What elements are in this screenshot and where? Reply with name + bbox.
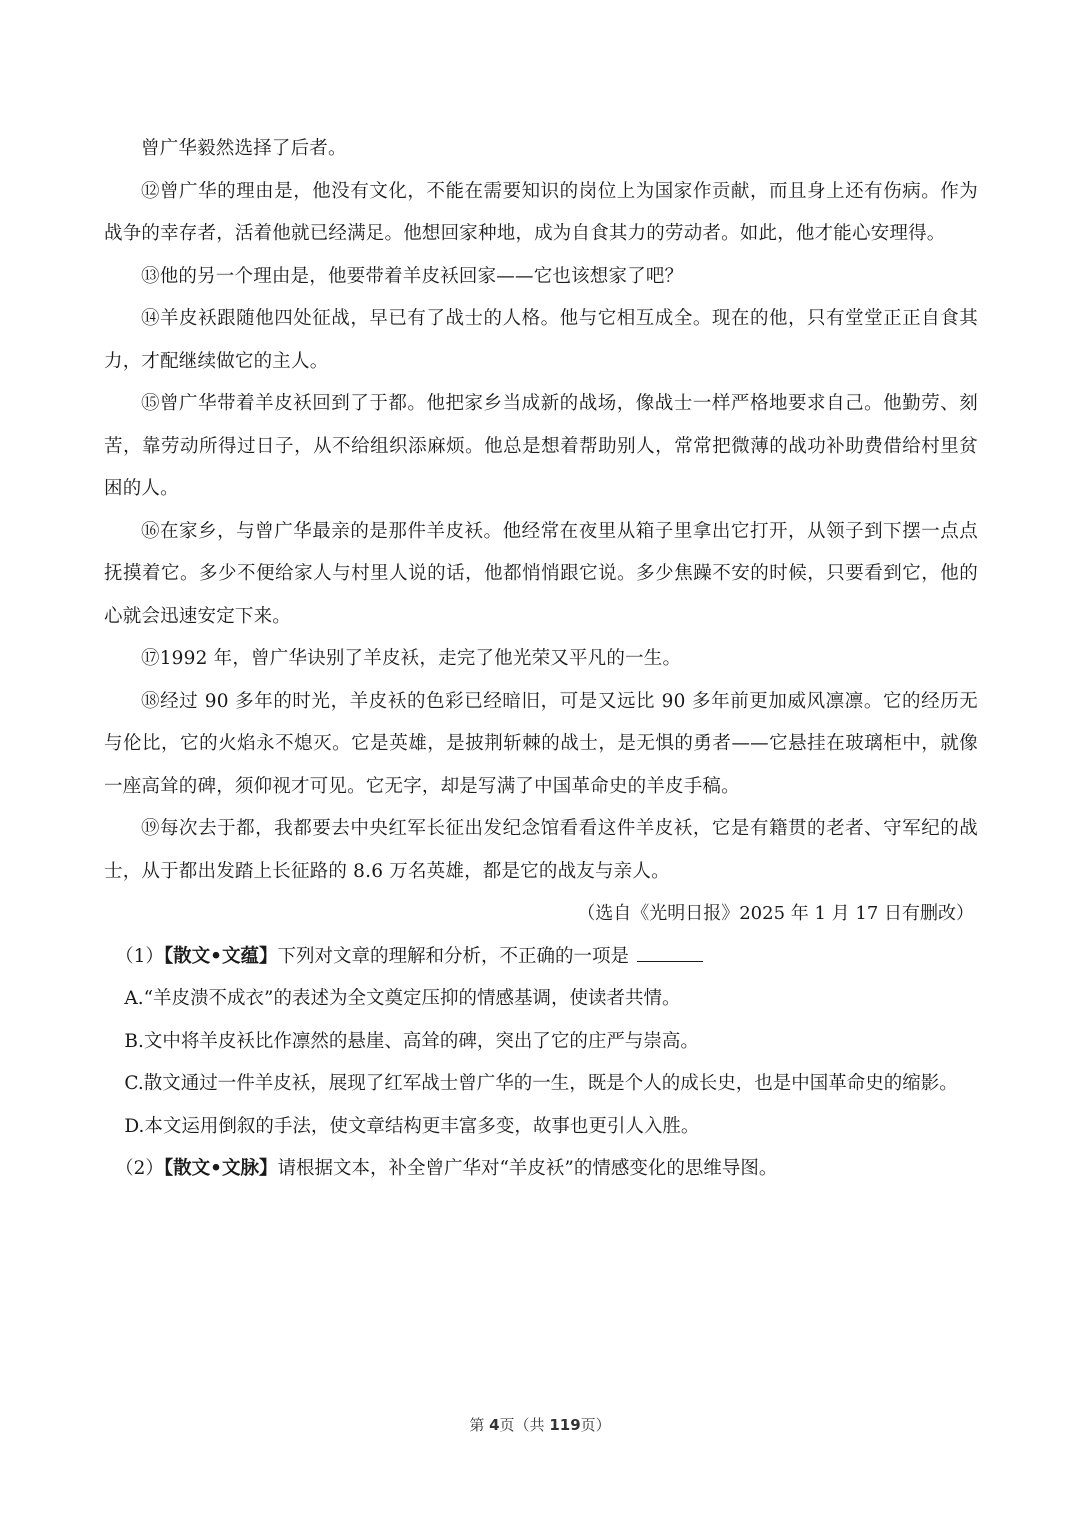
paragraph-15: ⑮曾广华带着羊皮袄回到了于都。他把家乡当成新的战场，像战士一样严格地要求自己。他… bbox=[104, 383, 978, 511]
option-a-text: “羊皮溃不成衣”的表述为全文奠定压抑的情感基调，使读者共情。 bbox=[144, 988, 681, 1009]
footer-total-pages: 119 bbox=[549, 1416, 580, 1434]
footer-page-number: 4 bbox=[489, 1416, 499, 1434]
option-b-text: 文中将羊皮袄比作凛然的悬崖、高耸的碑，突出了它的庄严与崇高。 bbox=[144, 1031, 699, 1052]
question-2-number: （2） bbox=[115, 1158, 164, 1179]
option-d-text: 本文运用倒叙的手法，使文章结构更丰富多变，故事也更引人入胜。 bbox=[144, 1116, 699, 1137]
page-footer: 第 4页（共 119页） bbox=[0, 1414, 1080, 1435]
paragraph-12: ⑫曾广华的理由是，他没有文化，不能在需要知识的岗位上为国家作贡献，而且身上还有伤… bbox=[104, 171, 978, 256]
option-c-label: C. bbox=[124, 1073, 143, 1094]
question-1-number: （1） bbox=[115, 946, 164, 967]
footer-mid: 页（共 bbox=[500, 1416, 550, 1434]
question-2: （2）【散文•文脉】请根据文本，补全曾广华对“羊皮袄”的情感变化的思维导图。 bbox=[104, 1148, 978, 1191]
paragraph-18: ⑱经过 90 多年的时光，羊皮袄的色彩已经暗旧，可是又远比 90 多年前更加威风… bbox=[104, 681, 978, 809]
question-1: （1）【散文•文蕴】下列对文章的理解和分析，不正确的一项是 bbox=[104, 936, 978, 979]
paragraph-continuation: 曾广华毅然选择了后者。 bbox=[104, 128, 978, 171]
paragraph-17: ⑰1992 年，曾广华诀别了羊皮袄，走完了他光荣又平凡的一生。 bbox=[104, 638, 978, 681]
answer-blank bbox=[637, 939, 703, 962]
question-2-prompt: 请根据文本，补全曾广华对“羊皮袄”的情感变化的思维导图。 bbox=[277, 1158, 777, 1179]
paragraph-14: ⑭羊皮袄跟随他四处征战，早已有了战士的人格。他与它相互成全。现在的他，只有堂堂正… bbox=[104, 298, 978, 383]
option-a-label: A. bbox=[124, 988, 143, 1009]
footer-prefix: 第 bbox=[469, 1416, 489, 1434]
paragraph-16: ⑯在家乡，与曾广华最亲的是那件羊皮袄。他经常在夜里从箱子里拿出它打开，从领子到下… bbox=[104, 511, 978, 639]
question-1-tag: 【散文•文蕴】 bbox=[164, 946, 278, 967]
footer-suffix: 页） bbox=[581, 1416, 611, 1434]
option-d: D.本文运用倒叙的手法，使文章结构更丰富多变，故事也更引人入胜。 bbox=[104, 1106, 978, 1149]
option-c-text: 散文通过一件羊皮袄，展现了红军战士曾广华的一生，既是个人的成长史，也是中国革命史… bbox=[144, 1073, 958, 1094]
source-citation: （选自《光明日报》2025 年 1 月 17 日有删改） bbox=[104, 893, 978, 936]
question-1-prompt: 下列对文章的理解和分析，不正确的一项是 bbox=[277, 946, 629, 967]
paragraph-13: ⑬他的另一个理由是，他要带着羊皮袄回家——它也该想家了吧？ bbox=[104, 256, 978, 299]
option-b-label: B. bbox=[124, 1031, 143, 1052]
option-c: C.散文通过一件羊皮袄，展现了红军战士曾广华的一生，既是个人的成长史，也是中国革… bbox=[104, 1063, 978, 1106]
paragraph-19: ⑲每次去于都，我都要去中央红军长征出发纪念馆看看这件羊皮袄，它是有籍贯的老者、守… bbox=[104, 808, 978, 893]
question-2-tag: 【散文•文脉】 bbox=[164, 1158, 278, 1179]
option-b: B.文中将羊皮袄比作凛然的悬崖、高耸的碑，突出了它的庄严与崇高。 bbox=[104, 1021, 978, 1064]
option-a: A.“羊皮溃不成衣”的表述为全文奠定压抑的情感基调，使读者共情。 bbox=[104, 978, 978, 1021]
option-d-label: D. bbox=[124, 1116, 144, 1137]
document-page: 曾广华毅然选择了后者。 ⑫曾广华的理由是，他没有文化，不能在需要知识的岗位上为国… bbox=[104, 128, 978, 1191]
